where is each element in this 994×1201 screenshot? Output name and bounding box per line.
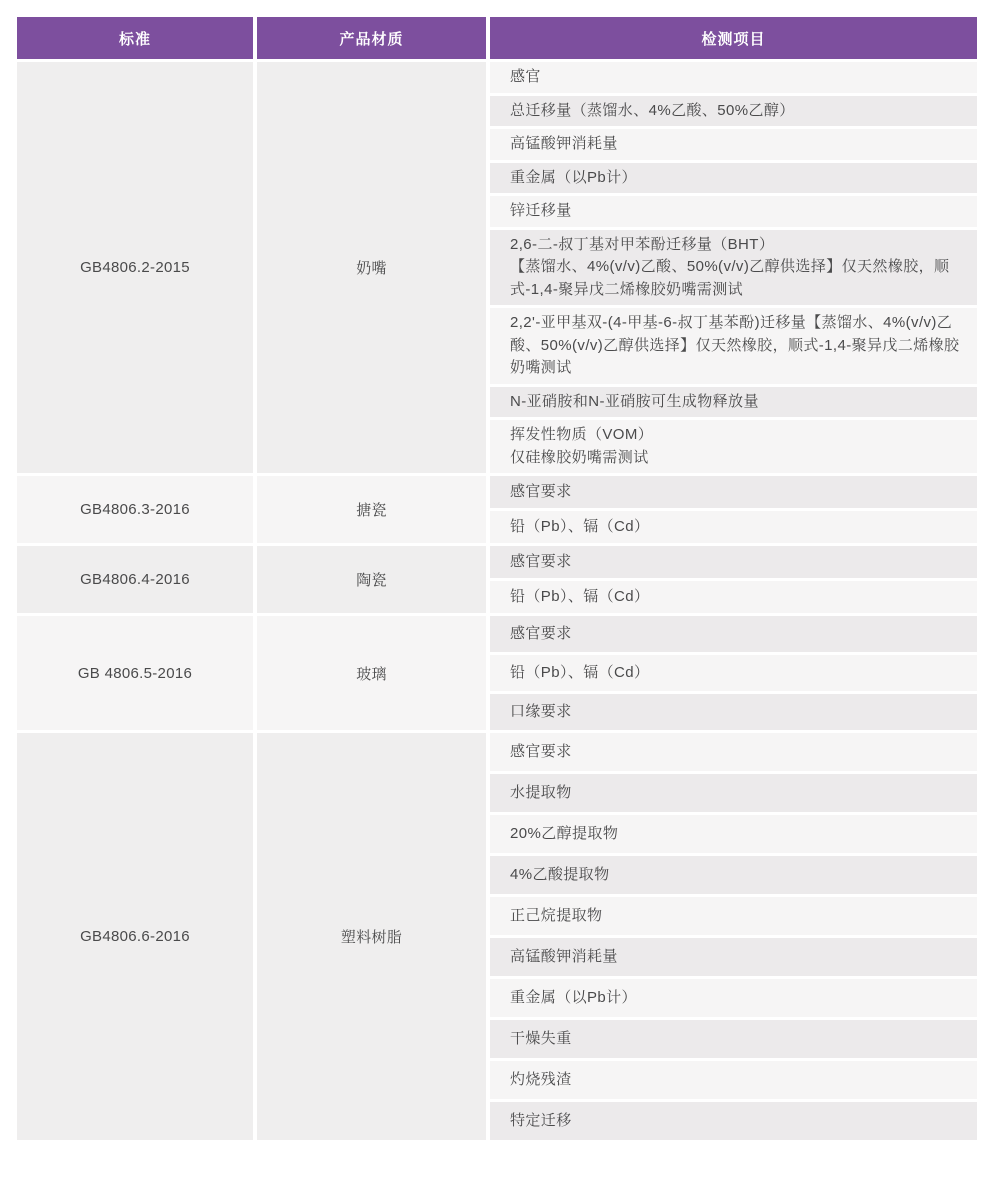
test-item-cell: 20%乙醇提取物 xyxy=(490,815,977,853)
test-item-cell: 干燥失重 xyxy=(490,1020,977,1058)
test-item-cell: 2,6-二-叔丁基对甲苯酚迁移量（BHT） 【蒸馏水、4%(v/v)乙酸、50%… xyxy=(490,230,977,306)
header-cell-material: 产品材质 xyxy=(257,17,486,59)
header-cell-standard: 标准 xyxy=(17,17,253,59)
test-item-cell: 感官要求 xyxy=(490,476,977,508)
test-item-cell: 高锰酸钾消耗量 xyxy=(490,129,977,160)
table-row: GB4806.6-2016塑料树脂感官要求 xyxy=(17,733,977,771)
standard-cell: GB4806.3-2016 xyxy=(17,476,253,543)
test-item-cell: 水提取物 xyxy=(490,774,977,812)
table-header-row: 标准 产品材质 检测项目 xyxy=(17,17,977,59)
test-item-cell: 感官 xyxy=(490,62,977,93)
test-item-cell: 感官要求 xyxy=(490,616,977,652)
material-cell: 塑料树脂 xyxy=(257,733,486,1140)
test-item-cell: 铅（Pb）、镉（Cd） xyxy=(490,511,977,543)
test-item-cell: 总迁移量（蒸馏水、4%乙酸、50%乙醇） xyxy=(490,96,977,127)
test-item-cell: 感官要求 xyxy=(490,546,977,578)
test-item-cell: 特定迁移 xyxy=(490,1102,977,1140)
standards-table-body: GB4806.2-2015奶嘴感官总迁移量（蒸馏水、4%乙酸、50%乙醇）高锰酸… xyxy=(17,62,977,1140)
header-cell-test-items: 检测项目 xyxy=(490,17,977,59)
test-item-cell: 2,2'-亚甲基双-(4-甲基-6-叔丁基苯酚)迁移量【蒸馏水、4%(v/v)乙… xyxy=(490,308,977,384)
test-item-cell: 挥发性物质（VOM） 仅硅橡胶奶嘴需测试 xyxy=(490,420,977,473)
test-item-cell: 口缘要求 xyxy=(490,694,977,730)
test-item-cell: 重金属（以Pb计） xyxy=(490,979,977,1017)
test-item-cell: 重金属（以Pb计） xyxy=(490,163,977,194)
standard-cell: GB4806.6-2016 xyxy=(17,733,253,1140)
test-item-cell: 铅（Pb）、镉（Cd） xyxy=(490,581,977,613)
material-cell: 搪瓷 xyxy=(257,476,486,543)
test-item-cell: 正己烷提取物 xyxy=(490,897,977,935)
table-row: GB4806.2-2015奶嘴感官 xyxy=(17,62,977,93)
material-cell: 奶嘴 xyxy=(257,62,486,473)
standard-cell: GB4806.2-2015 xyxy=(17,62,253,473)
test-item-cell: 4%乙酸提取物 xyxy=(490,856,977,894)
test-item-cell: 感官要求 xyxy=(490,733,977,771)
test-item-cell: N-亚硝胺和N-亚硝胺可生成物释放量 xyxy=(490,387,977,418)
standards-table: 标准 产品材质 检测项目 GB4806.2-2015奶嘴感官总迁移量（蒸馏水、4… xyxy=(13,14,981,1143)
table-row: GB4806.4-2016陶瓷感官要求 xyxy=(17,546,977,578)
standard-cell: GB4806.4-2016 xyxy=(17,546,253,613)
table-row: GB 4806.5-2016玻璃感官要求 xyxy=(17,616,977,652)
test-item-cell: 高锰酸钾消耗量 xyxy=(490,938,977,976)
test-item-cell: 灼烧残渣 xyxy=(490,1061,977,1099)
table-header: 标准 产品材质 检测项目 xyxy=(17,17,977,59)
material-cell: 陶瓷 xyxy=(257,546,486,613)
test-item-cell: 锌迁移量 xyxy=(490,196,977,227)
table-row: GB4806.3-2016搪瓷感官要求 xyxy=(17,476,977,508)
material-cell: 玻璃 xyxy=(257,616,486,730)
test-item-cell: 铅（Pb）、镉（Cd） xyxy=(490,655,977,691)
standard-cell: GB 4806.5-2016 xyxy=(17,616,253,730)
